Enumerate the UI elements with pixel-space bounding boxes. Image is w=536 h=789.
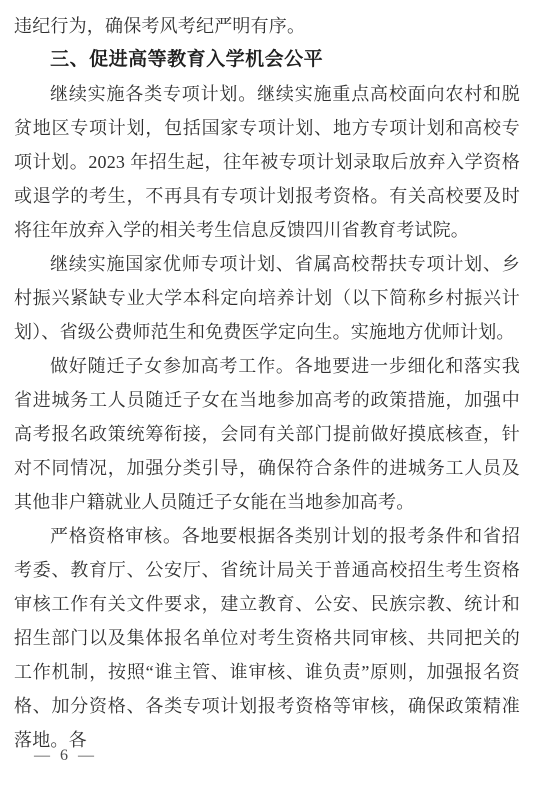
page-number: — 6 — xyxy=(34,747,97,765)
paragraph-exam-discipline-continuation: 违纪行为，确保考风考纪严明有序。 xyxy=(14,9,520,43)
document-page: 违纪行为，确保考风考纪严明有序。 三、促进高等教育入学机会公平 继续实施各类专项… xyxy=(0,0,536,789)
paragraph-special-enrollment-plans: 继续实施各类专项计划。继续实施重点高校面向农村和脱贫地区专项计划，包括国家专项计… xyxy=(14,77,520,247)
paragraph-migrant-children-gaokao: 做好随迁子女参加高考工作。各地要进一步细化和落实我省进城务工人员随迁子女在当地参… xyxy=(14,349,520,519)
paragraph-strict-qualification-review: 严格资格审核。各地要根据各类别计划的报考条件和省招考委、教育厅、公安厅、省统计局… xyxy=(14,519,520,757)
paragraph-teacher-and-rural-revitalization-plans: 继续实施国家优师专项计划、省属高校帮扶专项计划、乡村振兴紧缺专业大学本科定向培养… xyxy=(14,247,520,349)
section-heading-admission-fairness: 三、促进高等教育入学机会公平 xyxy=(14,43,520,77)
